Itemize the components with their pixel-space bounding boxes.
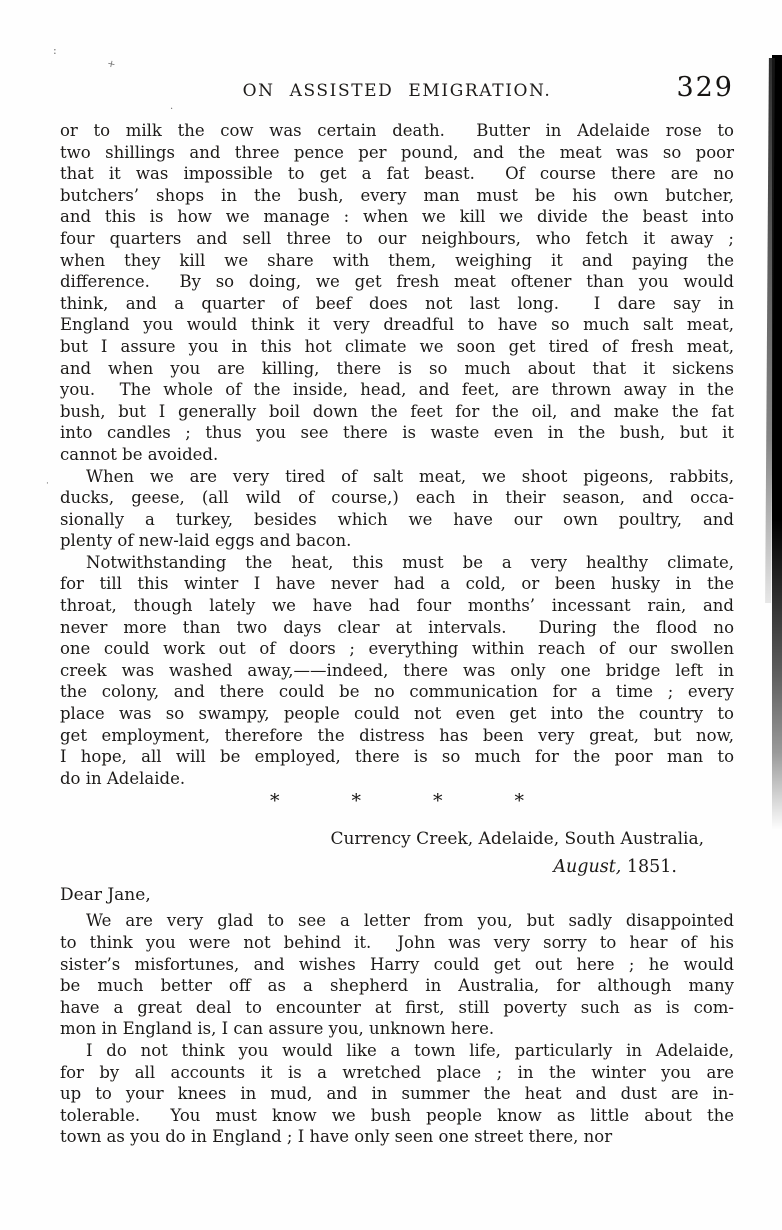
text-line: Notwithstanding the heat, this must be a… — [60, 552, 734, 574]
text-line: sionally a turkey, besides which we have… — [60, 509, 734, 531]
text-line: creek was washed away,——indeed, there wa… — [60, 660, 734, 682]
text-line: When we are very tired of salt meat, we … — [60, 466, 734, 488]
paragraph: or to milk the cow was certain death. Bu… — [60, 120, 734, 466]
letter-salutation: Dear Jane, — [60, 884, 734, 906]
dateline-month: August, — [553, 857, 621, 877]
page-number: 329 — [676, 72, 734, 103]
text-line: throat, though lately we have had four m… — [60, 595, 734, 617]
letter-paragraphs: We are very glad to see a letter from yo… — [60, 910, 734, 1148]
running-header-title: ON ASSISTED EMIGRATION. — [60, 81, 734, 101]
text-line: one could work out of doors ; everything… — [60, 638, 734, 660]
text-line: ducks, geese, (all wild of course,) each… — [60, 487, 734, 509]
text-line: you. The whole of the inside, head, and … — [60, 379, 734, 401]
text-line: plenty of new-laid eggs and bacon. — [60, 530, 734, 552]
text-line: bush, but I generally boil down the feet… — [60, 401, 734, 423]
text-line: or to milk the cow was certain death. Bu… — [60, 120, 734, 142]
letter-dateline-date: August, 1851. — [60, 853, 734, 881]
asterisk-separator: **** — [60, 791, 734, 813]
scanned-book-page: ON ASSISTED EMIGRATION. 329 or to milk t… — [0, 0, 782, 1230]
text-line: cannot be avoided. — [60, 444, 734, 466]
scan-speck: · — [46, 479, 49, 489]
letter-dateline-place: Currency Creek, Adelaide, South Australi… — [60, 825, 734, 853]
text-line: sister’s misfortunes, and wishes Harry c… — [60, 954, 734, 976]
asterisk-glyph: * — [270, 791, 280, 813]
text-line: I do not think you would like a town lif… — [60, 1040, 734, 1062]
text-line: difference. By so doing, we get fresh me… — [60, 271, 734, 293]
text-line: up to your knees in mud, and in summer t… — [60, 1083, 734, 1105]
text-line: We are very glad to see a letter from yo… — [60, 910, 734, 932]
text-line: town as you do in England ; I have only … — [60, 1126, 734, 1148]
text-line: get employment, therefore the distress h… — [60, 725, 734, 747]
text-line: England you would think it very dreadful… — [60, 314, 734, 336]
text-line: be much better off as a shepherd in Aust… — [60, 975, 734, 997]
text-line: and this is how we manage : when we kill… — [60, 206, 734, 228]
text-line: never more than two days clear at interv… — [60, 617, 734, 639]
dateline-year: 1851. — [627, 857, 677, 877]
text-line: mon in England is, I can assure you, unk… — [60, 1018, 734, 1040]
text-line: think, and a quarter of beef does not la… — [60, 293, 734, 315]
text-line: when they kill we share with them, weigh… — [60, 250, 734, 272]
body-paragraphs: or to milk the cow was certain death. Bu… — [60, 120, 734, 789]
paragraph: We are very glad to see a letter from yo… — [60, 910, 734, 1040]
text-line: I hope, all will be employed, there is s… — [60, 746, 734, 768]
text-line: two shillings and three pence per pound,… — [60, 142, 734, 164]
text-line: that it was impossible to get a fat beas… — [60, 163, 734, 185]
text-line: do in Adelaide. — [60, 768, 734, 790]
text-line: four quarters and sell three to our neig… — [60, 228, 734, 250]
text-line: for by all accounts it is a wretched pla… — [60, 1062, 734, 1084]
asterisk-glyph: * — [433, 791, 443, 813]
asterisk-glyph: * — [515, 791, 525, 813]
paragraph: Notwithstanding the heat, this must be a… — [60, 552, 734, 790]
text-line: into candles ; thus you see there is was… — [60, 422, 734, 444]
text-line: but I assure you in this hot climate we … — [60, 336, 734, 358]
text-line: place was so swampy, people could not ev… — [60, 703, 734, 725]
dateline-place-text: Currency Creek, Adelaide, South Australi… — [330, 829, 704, 849]
text-line: tolerable. You must know we bush people … — [60, 1105, 734, 1127]
text-line: to think you were not behind it. John wa… — [60, 932, 734, 954]
scan-speck: . — [170, 102, 173, 112]
text-line: and when you are killing, there is so mu… — [60, 358, 734, 380]
running-header: ON ASSISTED EMIGRATION. 329 — [60, 74, 734, 104]
asterisk-glyph: * — [352, 791, 362, 813]
text-block: ON ASSISTED EMIGRATION. 329 or to milk t… — [60, 0, 734, 1148]
text-line: have a great deal to encounter at first,… — [60, 997, 734, 1019]
scan-speck: : — [53, 46, 57, 56]
paragraph: I do not think you would like a town lif… — [60, 1040, 734, 1148]
text-line: butchers’ shops in the bush, every man m… — [60, 185, 734, 207]
paragraph: When we are very tired of salt meat, we … — [60, 466, 734, 552]
text-line: the colony, and there could be no commun… — [60, 681, 734, 703]
text-line: for till this winter I have never had a … — [60, 573, 734, 595]
